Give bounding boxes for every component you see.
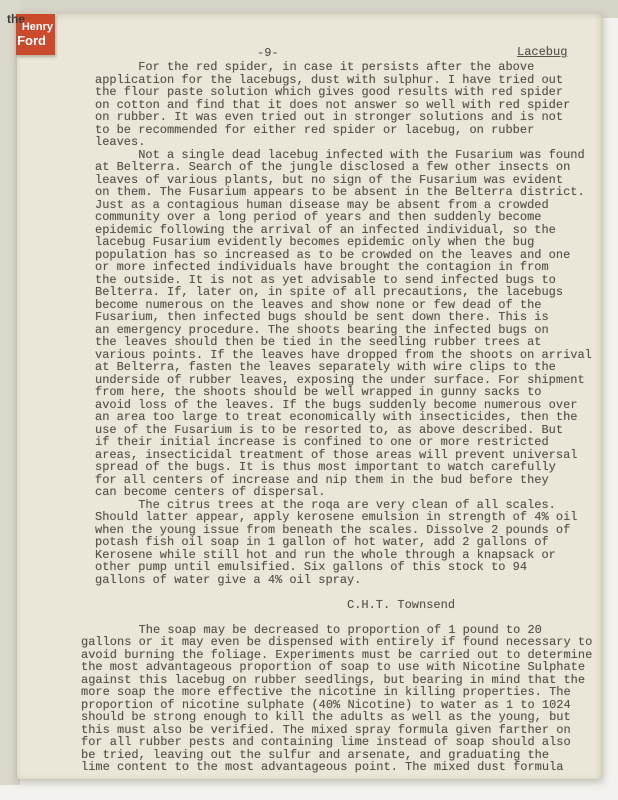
document-body: For the red spider, in case it persists …: [78, 61, 618, 774]
paragraph-fusarium: Not a single dead lacebug infected with …: [95, 149, 600, 499]
scanned-document-view: -9- Lacebug For the red spider, in case …: [0, 0, 618, 800]
signature-townsend: C.H.T. Townsend: [347, 599, 618, 612]
paragraph-red-spider: For the red spider, in case it persists …: [95, 61, 600, 149]
henry-ford-logo: the Henry Ford: [10, 10, 55, 55]
henry-ford-logo-ford: Ford: [17, 33, 46, 48]
page-number: -9-: [257, 47, 279, 60]
paragraph-soap: The soap may be decreased to proportion …: [81, 624, 611, 774]
paragraph-citrus: The citrus trees at the roqa are very cl…: [95, 499, 600, 587]
document-title: Lacebug: [517, 46, 567, 59]
henry-ford-logo-henry: Henry: [22, 21, 53, 33]
document-page: -9- Lacebug For the red spider, in case …: [17, 13, 603, 779]
